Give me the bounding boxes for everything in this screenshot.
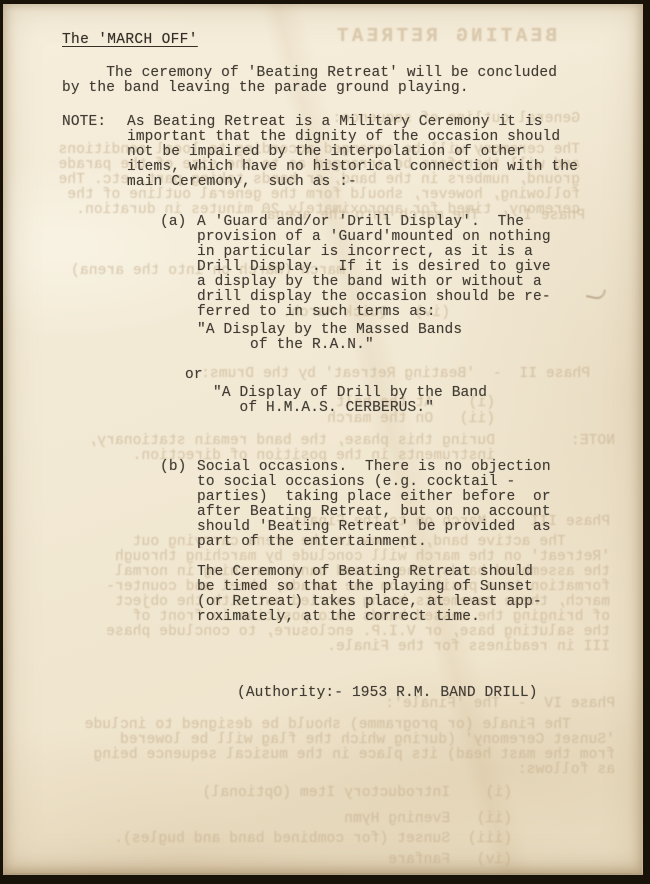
bleed-through-text: Phase II - 'Beating Retreat' by the Drum… [201,367,590,382]
item-b-label: (b) [160,460,187,475]
pencil-mark [586,286,606,301]
page-title: The 'MARCH OFF' [62,33,198,48]
bleed-through-heading: BEATING RETREAT [333,26,557,46]
or-separator: or [185,368,203,383]
bleed-through-text: NOTE: [571,434,615,449]
item-a-body: A 'Guard and/or 'Drill Display'. The pro… [197,215,551,320]
bleed-through-text: The Finale (or programme) should be desi… [85,718,616,778]
authority-line: (Authority:- 1953 R.M. BAND DRILL) [237,686,538,701]
note-label: NOTE: [62,115,106,130]
bleed-through-text: (iii) Sunset (for combined band and bugl… [114,832,512,847]
bleed-through-text: (i) Introductory Item (Optional) [203,786,512,801]
item-a-label: (a) [160,215,187,230]
note-body: As Beating Retreat is a Military Ceremon… [127,115,578,190]
timing-paragraph: The Ceremony of Beating Retreat should b… [197,565,542,625]
document-page: BEATING RETREAT General outline of seque… [3,4,643,875]
quote-massed-bands: "A Display by the Massed Bands of the R.… [197,323,462,353]
quote-cerberus: "A Display of Drill by the Band of H.M.A… [213,386,487,416]
photo-frame: BEATING RETREAT General outline of seque… [0,0,650,884]
intro-paragraph: The ceremony of 'Beating Retreat' will b… [62,66,557,96]
item-b-body: Social occasions. There is no objection … [197,460,551,550]
bleed-through-text: (iv) Fanfare [388,853,512,868]
bleed-through-text: (ii) Evening Hymn [344,812,512,827]
